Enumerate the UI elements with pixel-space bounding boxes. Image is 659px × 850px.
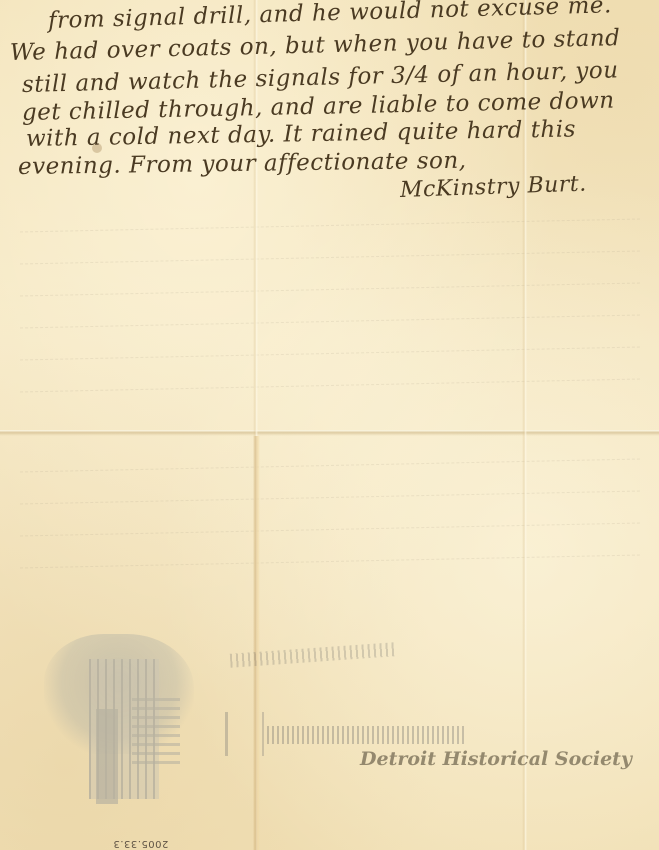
- handwritten-letter-body: from signal drill, and he would not excu…: [0, 0, 659, 215]
- letterhead-building-engraving: [44, 634, 194, 804]
- letterhead-initial: [225, 712, 264, 756]
- accession-number: 2005.33.3: [113, 838, 168, 849]
- signature: McKinstry Burt.: [400, 171, 588, 203]
- vertical-fold-crease-left: [253, 436, 260, 850]
- bleed-through-writing: [20, 215, 640, 615]
- letterhead-text-reversed: [267, 726, 467, 744]
- engraving-tower: [96, 709, 118, 804]
- watermark: Detroit Historical Society: [360, 748, 632, 770]
- letter-line-6: evening. From your affectionate son,: [18, 148, 467, 180]
- engraving-wing: [132, 694, 180, 764]
- letter-page: from signal drill, and he would not excu…: [0, 0, 659, 850]
- mirrored-letterhead-title: [225, 712, 465, 752]
- horizontal-fold-line: [0, 430, 659, 436]
